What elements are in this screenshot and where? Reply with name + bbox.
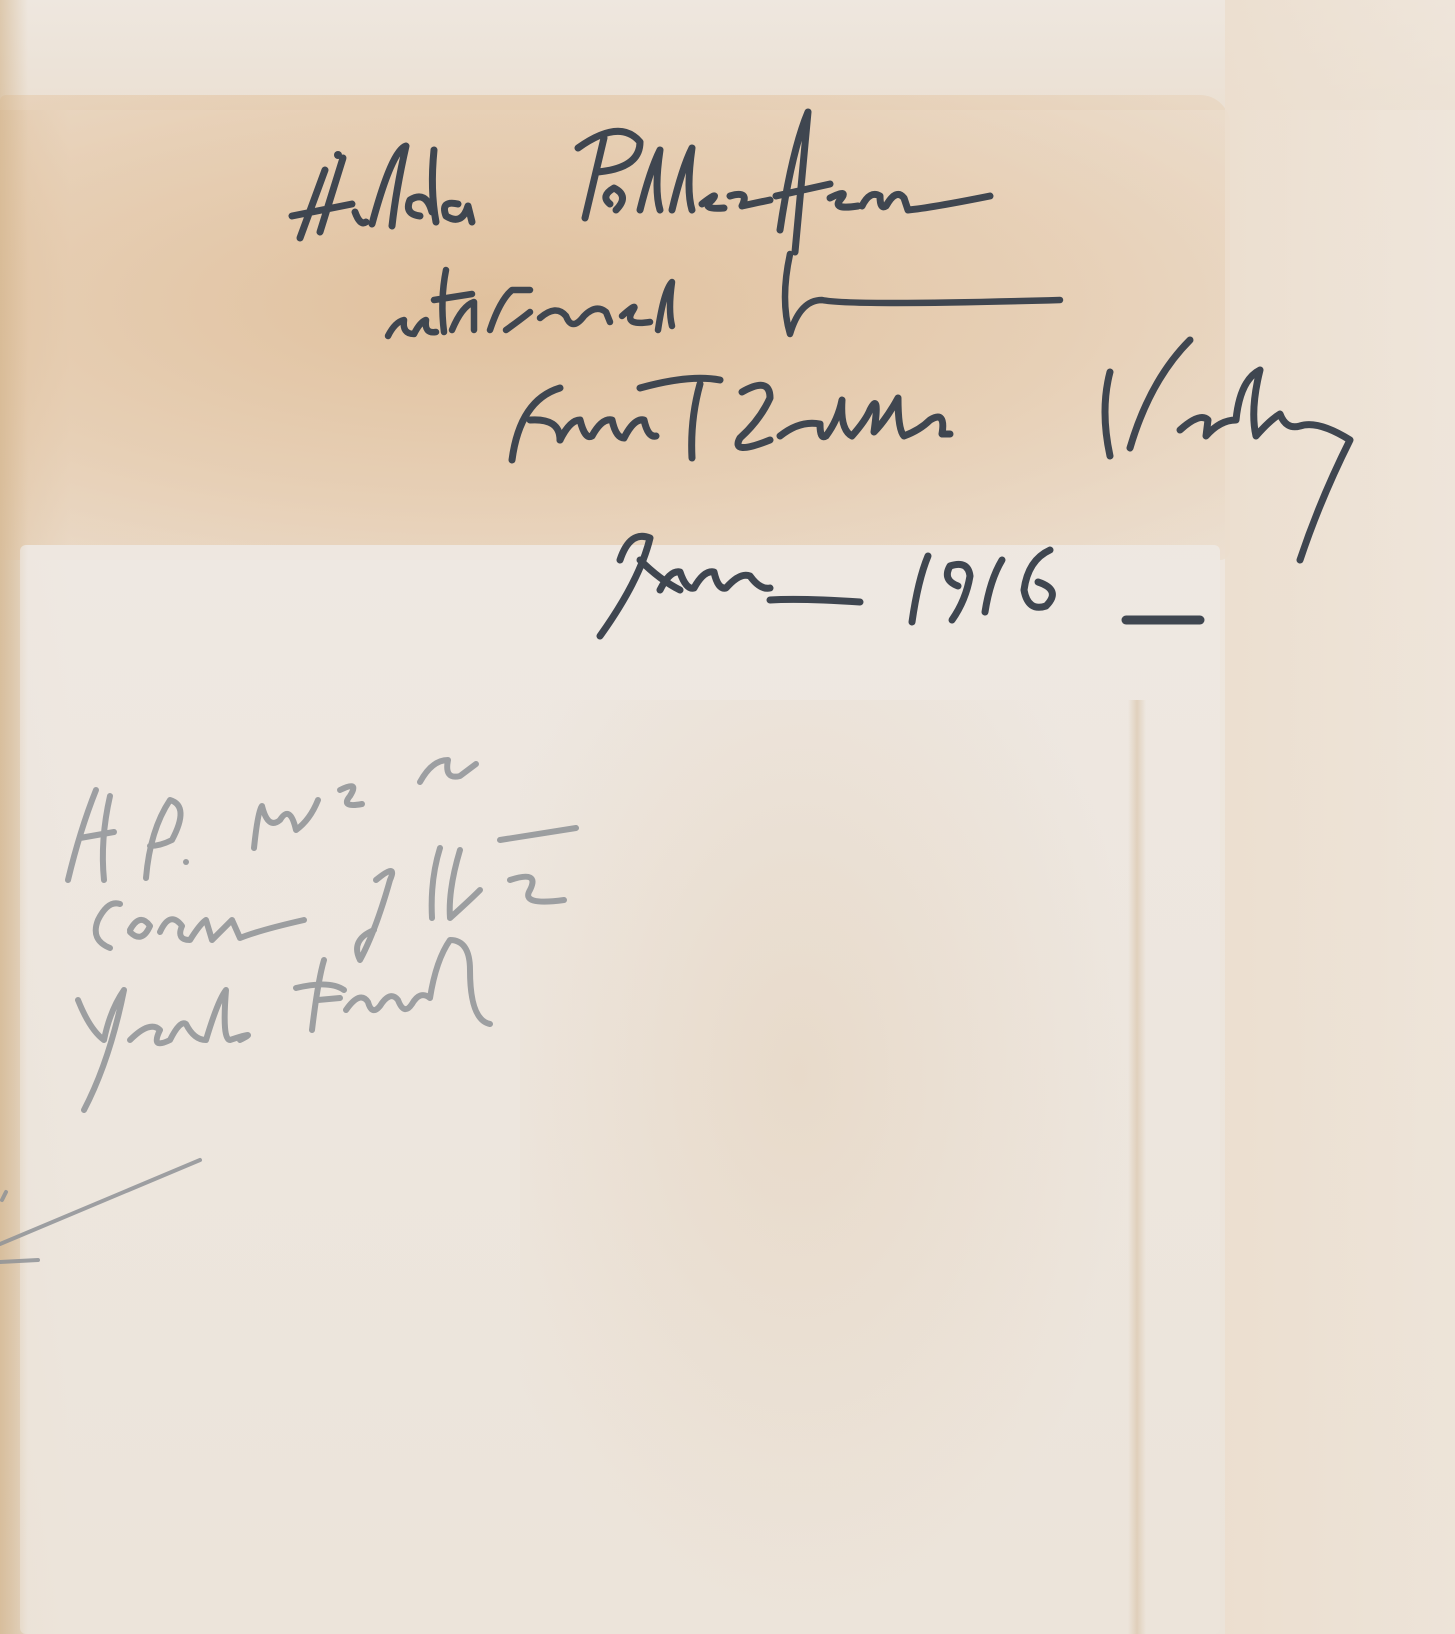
book-page: Hilda Pollexfen with love from Aunt Isab… [0, 0, 1455, 1634]
pencil-note-line-2: cousin of the [90, 870, 430, 930]
inscription-with-love: with love from [385, 275, 737, 331]
inscription-date: Xmas 1916 — [600, 540, 1045, 614]
pencil-stray-stroke [0, 1160, 200, 1244]
pencil-note-line-1: H.P. was a [70, 780, 339, 840]
inscription-recipient: Hilda Pollexfen [290, 150, 752, 220]
pencil-stray-stroke-3 [2, 1192, 6, 1200]
pencil-stray-stroke-2 [0, 1260, 38, 1262]
pencil-note-line-3: Yeats Family [80, 980, 411, 1040]
inscription-signature: Aunt Isabella Varley [510, 385, 1163, 459]
